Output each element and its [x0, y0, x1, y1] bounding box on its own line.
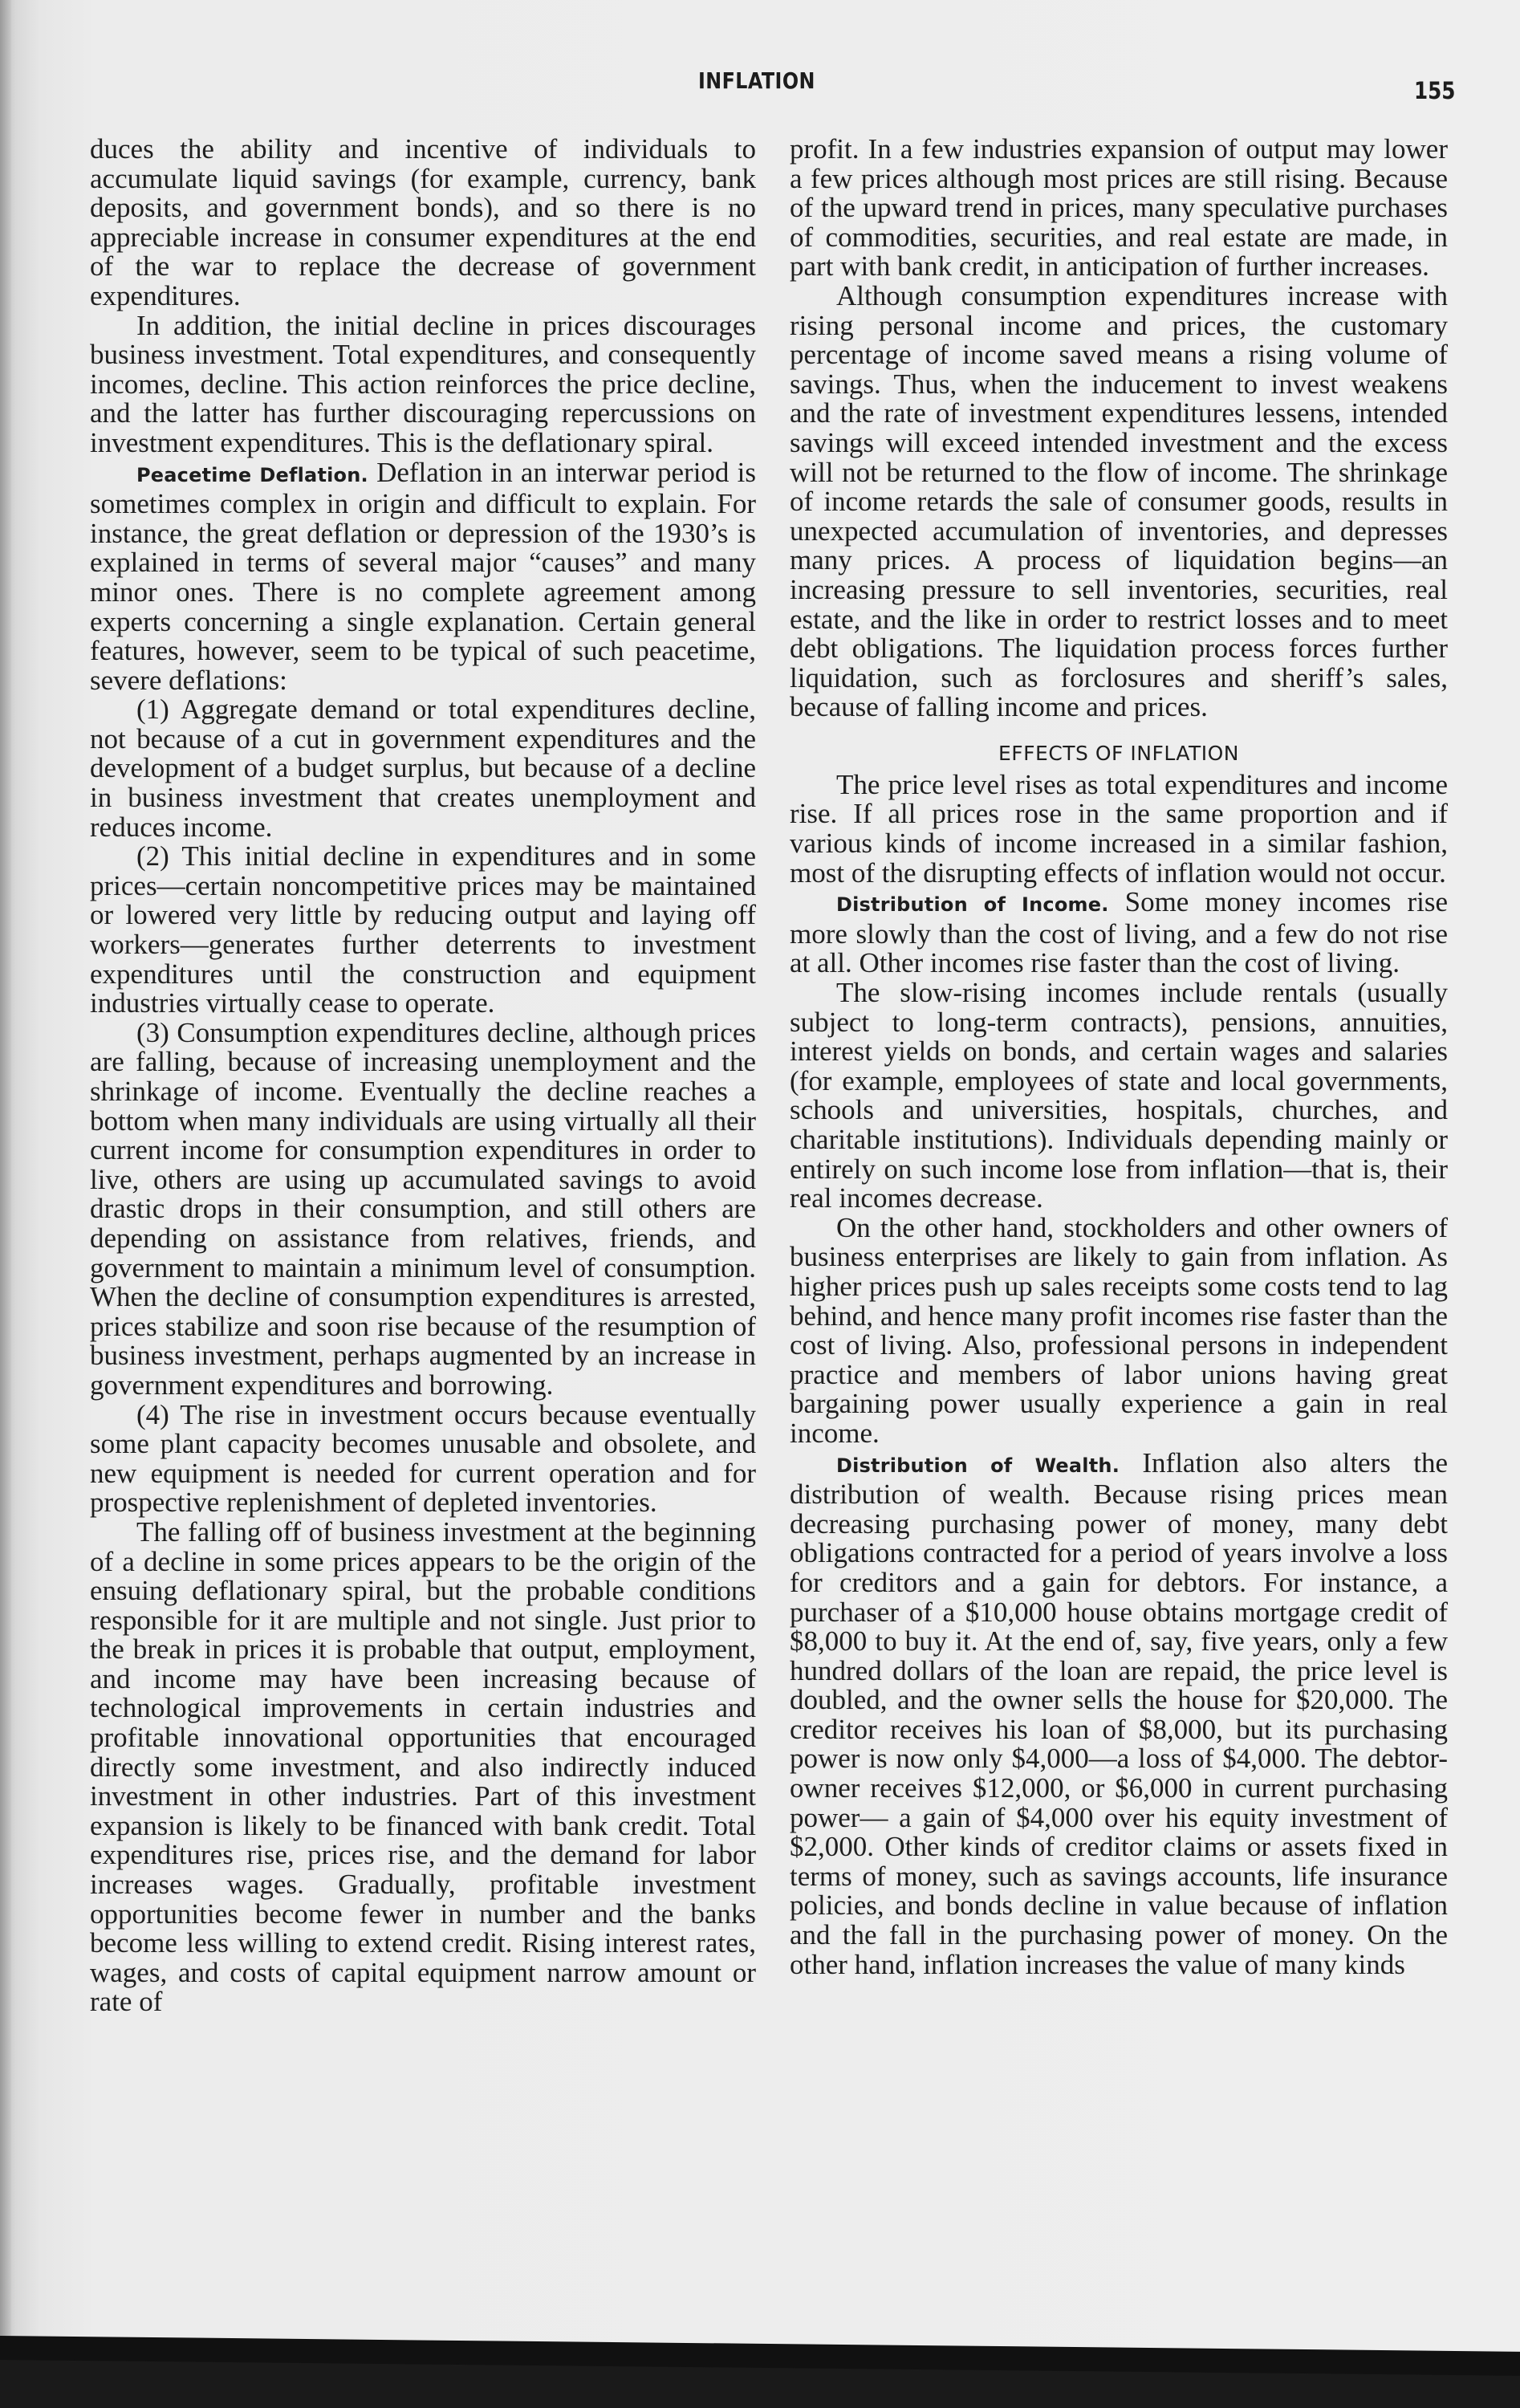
numbered-paragraph-2: (2) This initial decline in expenditures… — [90, 842, 756, 1019]
run-in-heading: Peacetime Deflation. — [136, 464, 368, 486]
paragraph: In addition, the initial decline in pric… — [90, 311, 756, 458]
paragraph: duces the ability and incentive of indiv… — [90, 135, 756, 311]
section-heading: EFFECTS OF INFLATION — [790, 742, 1448, 766]
book-page: INFLATION 155 duces the ability and ince… — [0, 0, 1520, 2352]
right-column: profit. In a few industries expansion of… — [790, 135, 1448, 1979]
run-in-heading: Distribution of Income. — [836, 893, 1109, 916]
paragraph: On the other hand, stockholders and othe… — [790, 1214, 1448, 1449]
paragraph: The falling off of business investment a… — [90, 1518, 756, 2017]
paragraph-distribution-of-income: Distribution of Income. Some money incom… — [790, 888, 1448, 978]
paragraph: The price level rises as total expenditu… — [790, 771, 1448, 888]
numbered-paragraph-1: (1) Aggregate demand or total expenditur… — [90, 695, 756, 842]
numbered-paragraph-3: (3) Consumption expenditures decline, al… — [90, 1019, 756, 1401]
paragraph: The slow-rising incomes include rentals … — [790, 978, 1448, 1214]
left-column: duces the ability and incentive of indiv… — [90, 135, 756, 2017]
numbered-paragraph-4: (4) The rise in investment occurs becaus… — [90, 1401, 756, 1518]
page-binding-shadow — [0, 0, 11, 2352]
paragraph-peacetime-deflation: Peacetime Deflation. Deflation in an int… — [90, 458, 756, 696]
page-number: 155 — [1414, 77, 1455, 104]
run-in-heading: Distribution of Wealth. — [836, 1454, 1120, 1477]
paragraph: profit. In a few industries expansion of… — [790, 135, 1448, 282]
running-head: INFLATION — [698, 67, 815, 94]
paragraph: Although consumption expenditures increa… — [790, 282, 1448, 722]
paragraph-distribution-of-wealth: Distribution of Wealth. Inflation also a… — [790, 1449, 1448, 1980]
